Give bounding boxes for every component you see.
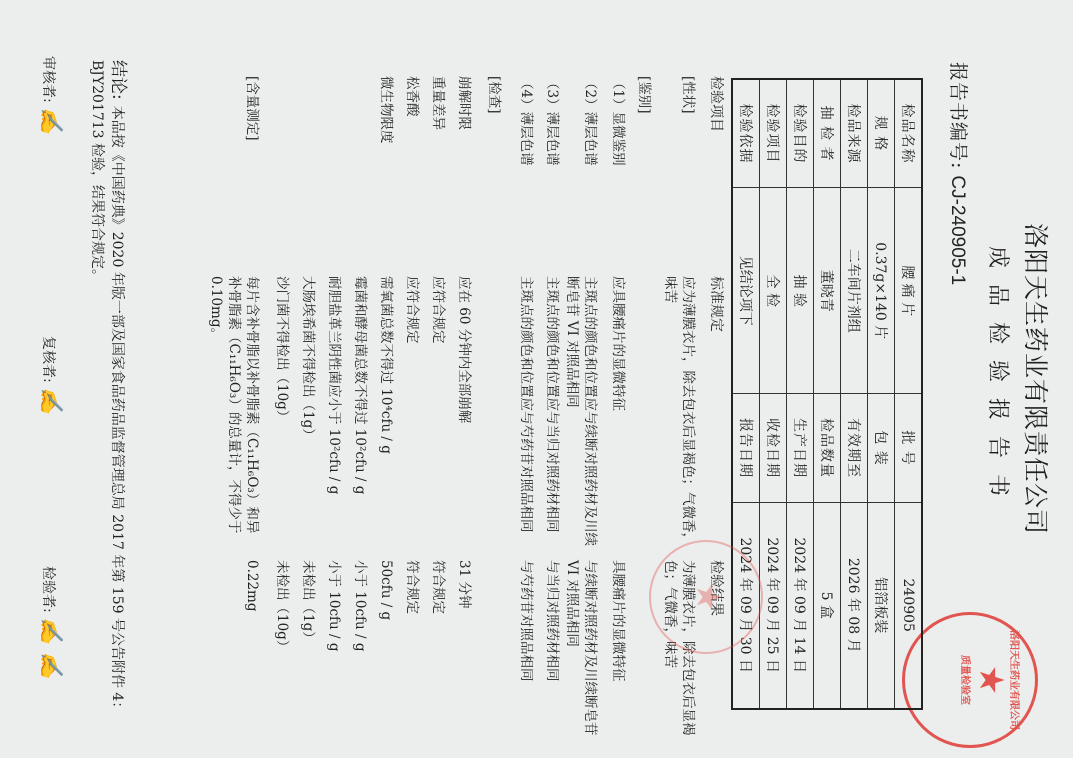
- seal-bottom-text: 质量检验室: [959, 615, 974, 745]
- test-result: 未检出（1g）: [299, 560, 317, 745]
- test-result: 50cfu / g: [377, 560, 395, 745]
- reviewer-handwriting: ✍: [38, 107, 63, 134]
- standard-spec: 主斑点的颜色和位置应与芍药苷对照品相同: [517, 276, 535, 546]
- standard-spec: 应具腰痛片的显微特征: [609, 276, 627, 546]
- info-row: 抽 检 者董晓青检品数量5 盒: [814, 79, 841, 709]
- inspector-signature: 检验者: ✍ ✍: [38, 566, 63, 679]
- info-value: 抽 验: [787, 188, 814, 394]
- test-result: 小于 10cfu / g: [351, 560, 369, 745]
- info-label: 批 号: [895, 394, 923, 502]
- test-item: （3）薄层色谱: [543, 76, 561, 166]
- standard-spec: 应符合规定: [403, 276, 421, 546]
- conclusion-label: 结论:: [108, 60, 128, 100]
- test-item: [检查]: [485, 76, 503, 114]
- info-value: 二车间片剂组: [841, 188, 868, 394]
- standard-spec: 沙门菌不得检出（10g）: [273, 276, 291, 546]
- test-result: 符合规定: [403, 560, 421, 745]
- test-result: 与芍药苷对照品相同: [517, 560, 535, 745]
- standard-spec: 霉菌和酵母菌总数不得过 10²cfu / g: [351, 276, 369, 546]
- standard-spec: 应符合规定: [429, 276, 447, 546]
- test-item: （4）薄层色谱: [517, 76, 535, 166]
- info-label: 包 装: [868, 394, 895, 502]
- report-number-label: 报告书编号:: [947, 62, 969, 169]
- conclusion-text: 本品按《中国药典》2020 年版一部及国家食品药品监督管理总局 2017 年第 …: [89, 60, 125, 715]
- signature-row: 审核者: ✍ 复核者: ✍ 检验者: ✍ ✍: [23, 36, 63, 736]
- info-row: 检品名称腰 痛 片批 号240905: [895, 79, 923, 709]
- standard-spec: 应在 60 分钟内全部崩解: [455, 276, 473, 546]
- info-label: 检验项目: [760, 79, 787, 188]
- test-item: （2）薄层色谱: [581, 76, 599, 166]
- info-value: 董晓青: [814, 188, 841, 394]
- test-item: （1）显微鉴别: [609, 76, 627, 166]
- report-number: 报告书编号:CJ-240905-1: [946, 62, 973, 285]
- info-label: 规 格: [868, 79, 895, 188]
- info-row: 检品来源二车间片剂组有效期至2026 年 08 月: [841, 79, 868, 709]
- info-label: 生产日期: [787, 394, 814, 502]
- info-value: 2026 年 08 月: [841, 502, 868, 709]
- info-value: 全 检: [760, 188, 787, 394]
- info-label: 检品名称: [895, 79, 923, 188]
- star-icon: ★: [974, 615, 1008, 745]
- info-row: 检验项目全 检收检日期2024 年 09 月 25 日: [760, 79, 787, 709]
- inspector-label: 检验者:: [40, 566, 56, 613]
- info-value: 铝箔板装: [868, 502, 895, 709]
- checker-signature: 复核者: ✍: [38, 336, 63, 415]
- reviewer-label: 审核者:: [40, 56, 56, 103]
- checker-handwriting: ✍: [38, 387, 63, 414]
- test-result: 符合规定: [429, 560, 447, 745]
- info-value: 见结论项下: [732, 188, 760, 394]
- standard-spec: 需氧菌总数不得过 10⁴cfu / g: [377, 276, 395, 546]
- info-label: 检验依据: [732, 79, 760, 188]
- info-label: 有效期至: [841, 394, 868, 502]
- test-item: [含量测定]: [243, 76, 261, 141]
- standard-spec: 每片含补骨脂以补骨脂素（C₁₁H₆O₃）和异补骨脂素（C₁₁H₆O₃）的总量计，…: [207, 276, 261, 546]
- test-item: 松香酸: [403, 76, 421, 117]
- faint-seal-stamp: ★: [649, 540, 763, 654]
- test-item: 微生物限度: [377, 76, 395, 144]
- info-label: 报告日期: [732, 394, 760, 502]
- report-page: 洛阳天生药业有限责任公司 成品检验报告书 报告书编号:CJ-240905-1 洛…: [0, 0, 1073, 758]
- info-value: 2024 年 09 月 25 日: [760, 502, 787, 709]
- info-label: 收检日期: [760, 394, 787, 502]
- reviewer-signature: 审核者: ✍: [38, 56, 63, 135]
- info-value: 5 盒: [814, 502, 841, 709]
- test-result: 未检出（10g）: [273, 560, 291, 745]
- test-item: 重量差异: [429, 76, 447, 130]
- info-label: 检品数量: [814, 394, 841, 502]
- test-item: [鉴别]: [635, 76, 653, 114]
- info-label: 检验目的: [787, 79, 814, 188]
- inspector-handwriting: ✍ ✍: [38, 617, 63, 679]
- test-result: 小于 10cfu / g: [325, 560, 343, 745]
- standard-spec: 主斑点的颜色和位置应与当归对照药材相同: [543, 276, 561, 546]
- test-result: 31 分钟: [455, 560, 473, 745]
- test-item: [性状]: [679, 76, 697, 114]
- test-result: 与续断对照药材及川续断皂苷 VI 对照品相同: [563, 560, 599, 745]
- checker-label: 复核者:: [40, 336, 56, 383]
- standard-spec: 应为薄膜衣片，除去包衣后显褐色；气微香，味苦: [661, 276, 697, 546]
- report-number-value: CJ-240905-1: [947, 175, 968, 285]
- header-item: 检验项目: [707, 76, 725, 132]
- info-row: 检验目的抽 验生产日期2024 年 09 月 14 日: [787, 79, 814, 709]
- info-label: 检品来源: [841, 79, 868, 188]
- test-result: 具腰痛片的显微特征: [609, 560, 627, 745]
- info-value: 0.37g×140 片: [868, 188, 895, 394]
- standard-spec: 耐胆盐革兰阴性菌应小于 10²cfu / g: [325, 276, 343, 546]
- info-label: 抽 检 者: [814, 79, 841, 188]
- test-item: 崩解时限: [455, 76, 473, 130]
- conclusion: 结论:本品按《中国药典》2020 年版一部及国家食品药品监督管理总局 2017 …: [87, 60, 128, 720]
- info-value: 腰 痛 片: [895, 188, 923, 394]
- standard-spec: 主斑点的颜色和位置应与续断对照药材及川续断皂苷 VI 对照品相同: [563, 276, 599, 546]
- header-standard: 标准规定: [707, 276, 725, 546]
- test-result: 与当归对照药材相同: [543, 560, 561, 745]
- info-row: 规 格0.37g×140 片包 装铝箔板装: [868, 79, 895, 709]
- star-icon: ★: [691, 542, 725, 652]
- info-value: 2024 年 09 月 14 日: [787, 502, 814, 709]
- info-value: 240905: [895, 502, 923, 709]
- test-result: 0.22mg: [243, 560, 261, 745]
- standard-spec: 大肠埃希菌不得检出（1g）: [299, 276, 317, 546]
